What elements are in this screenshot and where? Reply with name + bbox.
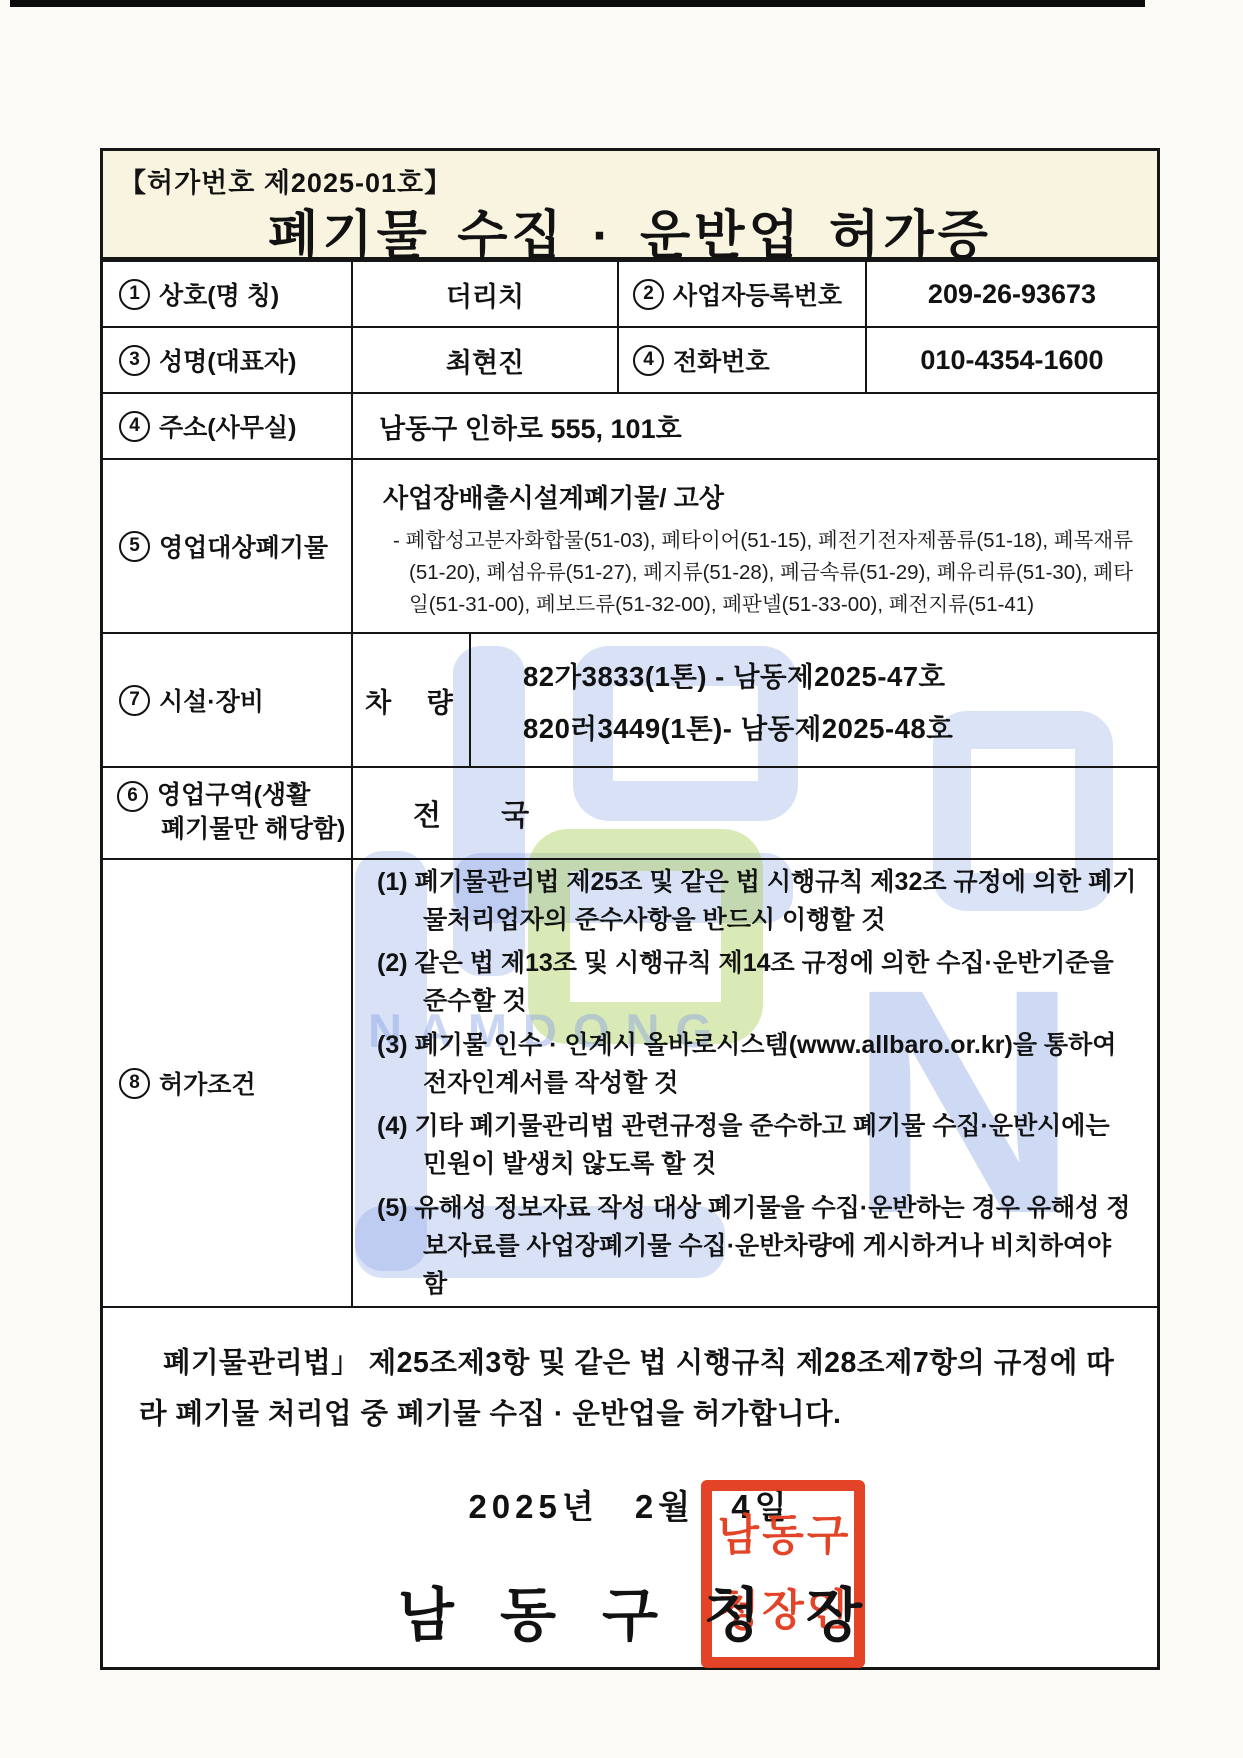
- seal-char: 구: [805, 1499, 850, 1574]
- equipment-label: 시설·장비: [159, 682, 264, 718]
- row-waste: 5 영업대상폐기물 사업장배출시설계폐기물/ 고상 - 폐합성고분자화합물(51…: [103, 460, 1157, 634]
- circled-number: 7: [119, 685, 150, 716]
- condition-item: (4) 기타 폐기물관리법 관련규정을 준수하고 폐기물 수집·운반시에는 민원…: [377, 1107, 1137, 1184]
- waste-items: - 폐합성고분자화합물(51-03), 폐타이어(51-15), 폐전기전자제품…: [375, 525, 1139, 620]
- seal-char: 동: [761, 1499, 806, 1574]
- area-label-line2: 폐기물만 해당함): [117, 813, 351, 847]
- circled-number: 4: [119, 411, 150, 442]
- company-label-cell: 1 상호(명 칭): [103, 262, 353, 326]
- circled-number: 4: [633, 345, 664, 376]
- ceo-label: 성명(대표자): [159, 342, 296, 378]
- row-conditions: 8 허가조건 (1) 폐기물관리법 제25조 및 같은 법 시행규칙 제32조 …: [103, 860, 1157, 1308]
- row-area: 6 영업구역(생활 폐기물만 해당함) 전 국: [103, 768, 1157, 860]
- conditions-label: 허가조건: [159, 1065, 256, 1101]
- issue-date: 2025년 2월 4일: [103, 1481, 1157, 1528]
- area-label-cell: 6 영업구역(생활 폐기물만 해당함): [103, 768, 353, 858]
- issuance-section: 폐기물관리법」 제25조제3항 및 같은 법 시행규칙 제28조제7항의 규정에…: [103, 1308, 1157, 1667]
- circled-number: 6: [117, 781, 148, 812]
- waste-label-cell: 5 영업대상폐기물: [103, 460, 353, 632]
- waste-label: 영업대상폐기물: [159, 528, 328, 564]
- permit-document: N NAMDONG 【허가번호 제2025-01호】 폐기물 수집 · 운반업 …: [100, 148, 1160, 1670]
- vehicle-entry: 820러3449(1톤)- 남동제2025-48호: [523, 706, 1157, 746]
- issuer-name: 남동구청장: [103, 1568, 1157, 1652]
- waste-value-cell: 사업장배출시설계폐기물/ 고상 - 폐합성고분자화합물(51-03), 폐타이어…: [353, 460, 1157, 632]
- phone-label-cell: 4 전화번호: [619, 328, 867, 392]
- company-value: 더리치: [353, 262, 619, 326]
- circled-number: 8: [119, 1068, 150, 1099]
- condition-item: (1) 폐기물관리법 제25조 및 같은 법 시행규칙 제32조 규정에 의한 …: [377, 863, 1137, 940]
- row-company: 1 상호(명 칭) 더리치 2 사업자등록번호 209-26-93673: [103, 262, 1157, 328]
- company-label: 상호(명 칭): [159, 276, 279, 312]
- ceo-value: 최현진: [353, 328, 619, 392]
- bizreg-label: 사업자등록번호: [673, 276, 842, 312]
- circled-number: 2: [633, 279, 664, 310]
- address-value: 남동구 인하로 555, 101호: [353, 394, 1157, 458]
- seal-char: 남: [716, 1499, 761, 1574]
- circled-number: 5: [119, 531, 150, 562]
- vehicle-list: 82가3833(1톤) - 남동제2025-47호 820러3449(1톤)- …: [471, 634, 1157, 766]
- title-band: 【허가번호 제2025-01호】 폐기물 수집 · 운반업 허가증: [103, 151, 1157, 262]
- document-title: 폐기물 수집 · 운반업 허가증: [103, 193, 1157, 268]
- waste-category: 사업장배출시설계폐기물/ 고상: [383, 478, 1139, 515]
- phone-label: 전화번호: [673, 342, 770, 378]
- conditions-list: (1) 폐기물관리법 제25조 및 같은 법 시행규칙 제32조 규정에 의한 …: [353, 860, 1157, 1306]
- bizreg-value: 209-26-93673: [867, 262, 1157, 326]
- condition-item: (3) 폐기물 인수 · 인계시 올바로시스템(www.allbaro.or.k…: [377, 1026, 1137, 1103]
- address-label-cell: 4 주소(사무실): [103, 394, 353, 458]
- issuance-statement: 폐기물관리법」 제25조제3항 및 같은 법 시행규칙 제28조제7항의 규정에…: [139, 1338, 1123, 1439]
- bizreg-label-cell: 2 사업자등록번호: [619, 262, 867, 326]
- ceo-label-cell: 3 성명(대표자): [103, 328, 353, 392]
- scan-artifact-top: [10, 0, 1145, 7]
- condition-item: (5) 유해성 정보자료 작성 대상 폐기물을 수집·운반하는 경우 유해성 정…: [377, 1189, 1137, 1304]
- vehicle-sublabel: 차 량: [353, 634, 471, 766]
- circled-number: 3: [119, 345, 150, 376]
- row-equipment: 7 시설·장비 차 량 82가3833(1톤) - 남동제2025-47호 82…: [103, 634, 1157, 768]
- area-label-line1: 영업구역(생활: [157, 779, 310, 813]
- condition-item: (2) 같은 법 제13조 및 시행규칙 제14조 규정에 의한 수집·운반기준…: [377, 944, 1137, 1021]
- circled-number: 1: [119, 279, 150, 310]
- permit-content: 【허가번호 제2025-01호】 폐기물 수집 · 운반업 허가증 1 상호(명…: [103, 151, 1157, 1667]
- conditions-label-cell: 8 허가조건: [103, 860, 353, 1306]
- equipment-label-cell: 7 시설·장비: [103, 634, 353, 766]
- area-value: 전 국: [353, 768, 1157, 858]
- row-ceo: 3 성명(대표자) 최현진 4 전화번호 010-4354-1600: [103, 328, 1157, 394]
- phone-value: 010-4354-1600: [867, 328, 1157, 392]
- row-address: 4 주소(사무실) 남동구 인하로 555, 101호: [103, 394, 1157, 460]
- address-label: 주소(사무실): [159, 408, 296, 444]
- vehicle-entry: 82가3833(1톤) - 남동제2025-47호: [523, 654, 1157, 694]
